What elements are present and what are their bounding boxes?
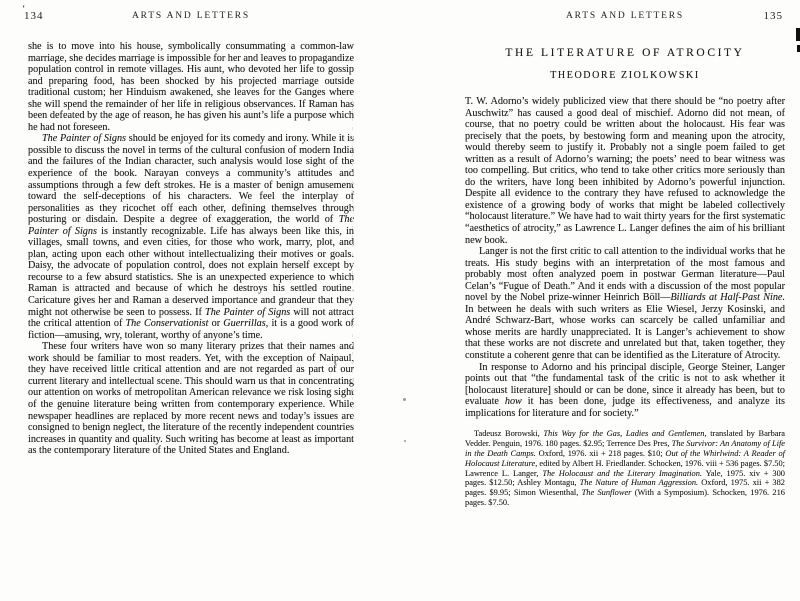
footnote: Tadeusz Borowski, This Way for the Gas, … bbox=[465, 429, 785, 507]
italic-title-text: how bbox=[505, 396, 522, 407]
text-segment: should be enjoyed for its comedy and iro… bbox=[28, 133, 354, 225]
text-segment: Oxford, 1976. xii + 218 pages. $10; bbox=[536, 449, 665, 458]
text-segment: she is to move into his house, symbolica… bbox=[28, 41, 354, 133]
page-right-header: ARTS AND LETTERS 135 bbox=[465, 10, 785, 24]
article-author: THEODORE ZIOLKOWSKI bbox=[465, 70, 785, 81]
italic-title-text: Guerrillas bbox=[223, 318, 265, 329]
scan-artifact-tick: ‘ bbox=[22, 4, 25, 15]
text-segment: In between he deals with such writers as… bbox=[465, 304, 785, 361]
italic-title-text: This Way for the Gas, Ladies and Gentlem… bbox=[543, 429, 704, 438]
page-number-right: 135 bbox=[764, 10, 784, 22]
page-right-body: T. W. Adorno’s widely publicized view th… bbox=[465, 96, 785, 419]
italic-title-text: Billiards at Half-Past Nine. bbox=[670, 292, 785, 303]
italic-title-text: The Painter of Signs bbox=[42, 133, 126, 144]
running-head-right: ARTS AND LETTERS bbox=[566, 11, 684, 21]
page-left-header: 134 ARTS AND LETTERS bbox=[28, 10, 354, 24]
scanned-book-spread: { "colors": { "paper": "#fdfdfb", "ink":… bbox=[0, 0, 800, 601]
paragraph: The Painter of Signs should be enjoyed f… bbox=[28, 133, 354, 341]
italic-title-text: The Conservationist bbox=[126, 318, 209, 329]
italic-title-text: The Holocaust and the Literary Imaginati… bbox=[542, 469, 702, 478]
scan-artifact-gutter-shadow bbox=[352, 100, 353, 430]
page-left: 134 ARTS AND LETTERS she is to move into… bbox=[28, 10, 354, 457]
page-number-left: 134 bbox=[24, 10, 44, 22]
paragraph: T. W. Adorno’s widely publicized view th… bbox=[465, 96, 785, 246]
scan-artifact-edge-mark bbox=[796, 28, 800, 41]
paragraph: Langer is not the first critic to call a… bbox=[465, 246, 785, 361]
text-segment: or bbox=[208, 318, 223, 329]
text-segment: T. W. Adorno’s widely publicized view th… bbox=[465, 96, 785, 246]
page-right: ARTS AND LETTERS 135 THE LITERATURE OF A… bbox=[465, 10, 785, 508]
paragraph: Tadeusz Borowski, This Way for the Gas, … bbox=[465, 429, 785, 507]
text-segment: These four writers have won so many lite… bbox=[28, 341, 354, 456]
italic-title-text: The Painter of Signs bbox=[205, 307, 290, 318]
page-left-body: she is to move into his house, symbolica… bbox=[28, 41, 354, 457]
text-segment: is instantly recognizable. Life has alwa… bbox=[28, 226, 354, 318]
paragraph: In response to Adorno and his principal … bbox=[465, 362, 785, 420]
running-head-left: ARTS AND LETTERS bbox=[132, 11, 250, 21]
scan-artifact-speck bbox=[337, 427, 340, 429]
text-segment: Tadeusz Borowski, bbox=[474, 429, 543, 438]
article-title: THE LITERATURE OF ATROCITY bbox=[465, 47, 785, 59]
italic-title-text: The Sunflower bbox=[582, 488, 632, 497]
scan-artifact-speck bbox=[404, 440, 406, 442]
paragraph: she is to move into his house, symbolica… bbox=[28, 41, 354, 133]
paragraph: These four writers have won so many lite… bbox=[28, 341, 354, 456]
italic-title-text: The Nature of Human Aggression. bbox=[580, 478, 699, 487]
scan-artifact-speck bbox=[403, 398, 406, 401]
